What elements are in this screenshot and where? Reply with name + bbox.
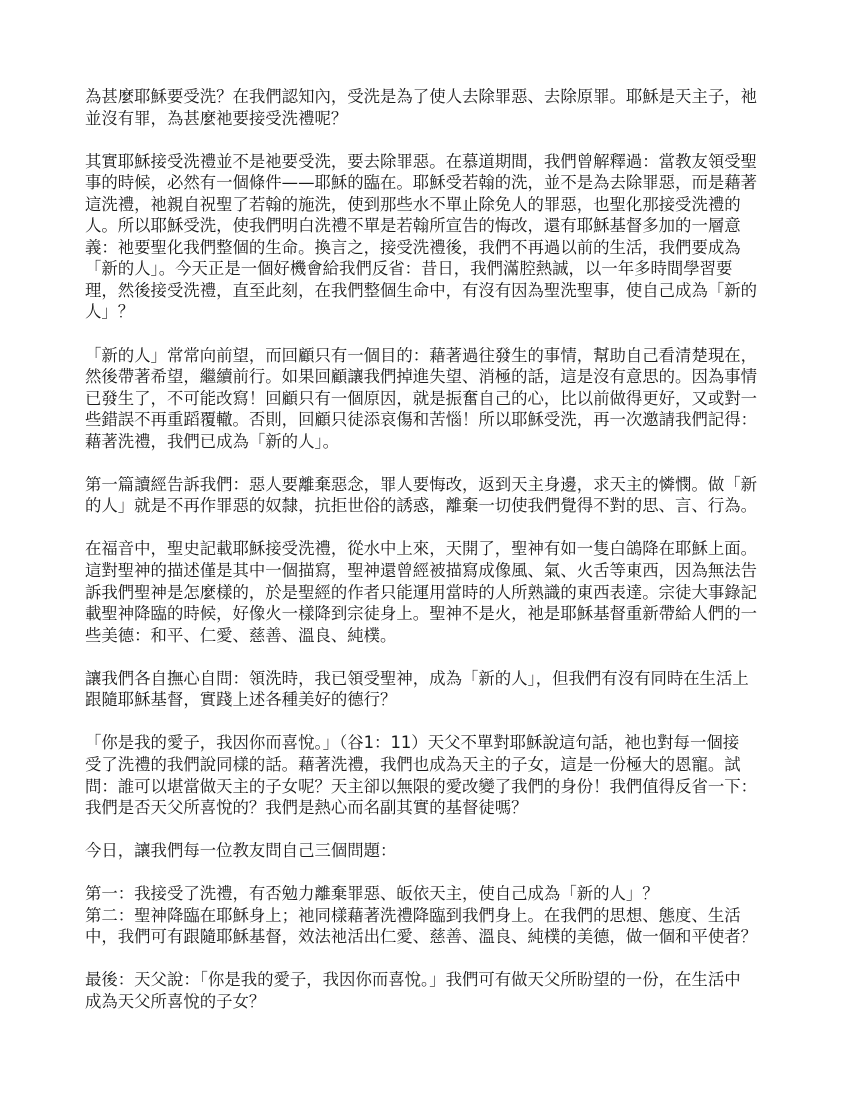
text-line: 今日，讓我們每一位教友問自己三個問題： [85,840,769,862]
paragraph-beloved-son: 「你是我的愛子，我因你而喜悅。」（谷1：11）天父不單對耶穌說這句話，祂也對每一… [85,732,769,818]
text-line: 這洗禮，祂親自祝聖了若翰的施洗，使到那些水不單止除免人的罪惡，也聖化那接受洗禮的 [85,194,769,216]
text-line: 理，然後接受洗禮，直至此刻，在我們整個生命中，有沒有因為聖洗聖事，使自己成為「新… [85,280,769,302]
text-line: 然後帶著希望，繼續前行。如果回顧讓我們掉進失望、消極的話，這是沒有意思的。因為事… [85,366,769,388]
text-line: 義：祂要聖化我們整個的生命。換言之，接受洗禮後，我們不再過以前的生活，我們要成為 [85,237,769,259]
paragraph-why-baptism: 為甚麼耶穌要受洗？在我們認知內，受洗是為了使人去除罪惡、去除原罪。耶穌是天主子，… [85,86,769,129]
text-line: 在福音中，聖史記載耶穌接受洗禮，從水中上來，天開了，聖神有如一隻白鴿降在耶穌上面… [85,538,769,560]
text-line: 最後：天父說：「你是我的愛子，我因你而喜悅。」我們可有做天父所盼望的一份，在生活… [85,969,769,991]
text-line: 受了洗禮的我們說同樣的話。藉著洗禮，我們也成為天主的子女，這是一份極大的恩寵。試 [85,754,769,776]
text-line: 的人」就是不再作罪惡的奴隸，抗拒世俗的誘惑，離棄一切使我們覺得不對的思、言、行為… [85,495,769,517]
text-line: 跟隨耶穌基督，實踐上述各種美好的德行？ [85,689,769,711]
text-line: 為甚麼耶穌要受洗？在我們認知內，受洗是為了使人去除罪惡、去除原罪。耶穌是天主子，… [85,86,769,108]
text-line: 人。所以耶穌受洗，使我們明白洗禮不單是若翰所宣告的悔改，還有耶穌基督多加的一層意 [85,215,769,237]
text-line: 人」？ [85,301,769,323]
paragraph-explanation: 其實耶穌接受洗禮並不是祂要受洗，要去除罪惡。在慕道期間，我們曾解釋過：當教友領受… [85,151,769,323]
paragraph-questions-one-two: 第一：我接受了洗禮，有否勉力離棄罪惡、皈依天主，使自己成為「新的人」？ 第二：聖… [85,883,769,948]
paragraph-first-reading: 第一篇讀經告訴我們：惡人要離棄惡念，罪人要悔改，返到天主身邊，求天主的憐憫。做「… [85,474,769,517]
paragraph-three-questions-intro: 今日，讓我們每一位教友問自己三個問題： [85,840,769,862]
text-line: 「新的人」常常向前望，而回顧只有一個目的：藉著過往發生的事情，幫助自己看清楚現在… [85,345,769,367]
text-line: 其實耶穌接受洗禮並不是祂要受洗，要去除罪惡。在慕道期間，我們曾解釋過：當教友領受… [85,151,769,173]
text-line: 事的時候，必然有一個條件——耶穌的臨在。耶穌受若翰的洗，並不是為去除罪惡，而是藉… [85,172,769,194]
text-line: 問：誰可以堪當做天主的子女呢？天主卻以無限的愛改變了我們的身份！我們值得反省一下… [85,776,769,798]
text-line: 第一：我接受了洗禮，有否勉力離棄罪惡、皈依天主，使自己成為「新的人」？ [85,883,769,905]
text-line: 些美德：和平、仁愛、慈善、溫良、純樸。 [85,625,769,647]
text-line: 讓我們各自撫心自問：領洗時，我已領受聖神，成為「新的人」，但我們有沒有同時在生活… [85,668,769,690]
text-line: 並沒有罪，為甚麼祂要接受洗禮呢？ [85,108,769,130]
text-line: 這對聖神的描述僅是其中一個描寫，聖神還曾經被描寫成像風、氣、火舌等東西，因為無法… [85,560,769,582]
text-line: 中，我們可有跟隨耶穌基督，效法祂活出仁愛、慈善、溫良、純樸的美德，做一個和平使者… [85,926,769,948]
paragraph-gospel: 在福音中，聖史記載耶穌接受洗禮，從水中上來，天開了，聖神有如一隻白鴿降在耶穌上面… [85,538,769,646]
text-line: 載聖神降臨的時候，好像火一樣降到宗徒身上。聖神不是火，祂是耶穌基督重新帶給人們的… [85,603,769,625]
document-page: 為甚麼耶穌要受洗？在我們認知內，受洗是為了使人去除罪惡、去除原罪。耶穌是天主子，… [85,86,769,1034]
paragraph-final-question: 最後：天父說：「你是我的愛子，我因你而喜悅。」我們可有做天父所盼望的一份，在生活… [85,969,769,1012]
text-line: 訴我們聖神是怎麼樣的，於是聖經的作者只能運用當時的人所熟識的東西表達。宗徒大事錄… [85,582,769,604]
text-line: 「你是我的愛子，我因你而喜悅。」（谷1：11）天父不單對耶穌說這句話，祂也對每一… [85,732,769,754]
text-line: 已發生了，不可能改寫！回顧只有一個原因，就是振奮自己的心，比以前做得更好，又或對… [85,388,769,410]
text-line: 些錯誤不再重蹈覆轍。否則，回顧只徒添哀傷和苦惱！所以耶穌受洗，再一次邀請我們記得… [85,409,769,431]
text-line: 第二：聖神降臨在耶穌身上；祂同樣藉著洗禮降臨到我們身上。在我們的思想、態度、生活 [85,905,769,927]
text-line: 藉著洗禮，我們已成為「新的人」。 [85,431,769,453]
text-line: 我們是否天父所喜悅的？我們是熱心而名副其實的基督徒嗎？ [85,797,769,819]
text-line: 「新的人」。今天正是一個好機會給我們反省：昔日，我們滿腔熱誠，以一年多時間學習要 [85,258,769,280]
paragraph-self-reflection: 讓我們各自撫心自問：領洗時，我已領受聖神，成為「新的人」，但我們有沒有同時在生活… [85,668,769,711]
text-line: 成為天父所喜悅的子女？ [85,991,769,1013]
text-line: 第一篇讀經告訴我們：惡人要離棄惡念，罪人要悔改，返到天主身邊，求天主的憐憫。做「… [85,474,769,496]
paragraph-new-person: 「新的人」常常向前望，而回顧只有一個目的：藉著過往發生的事情，幫助自己看清楚現在… [85,345,769,453]
